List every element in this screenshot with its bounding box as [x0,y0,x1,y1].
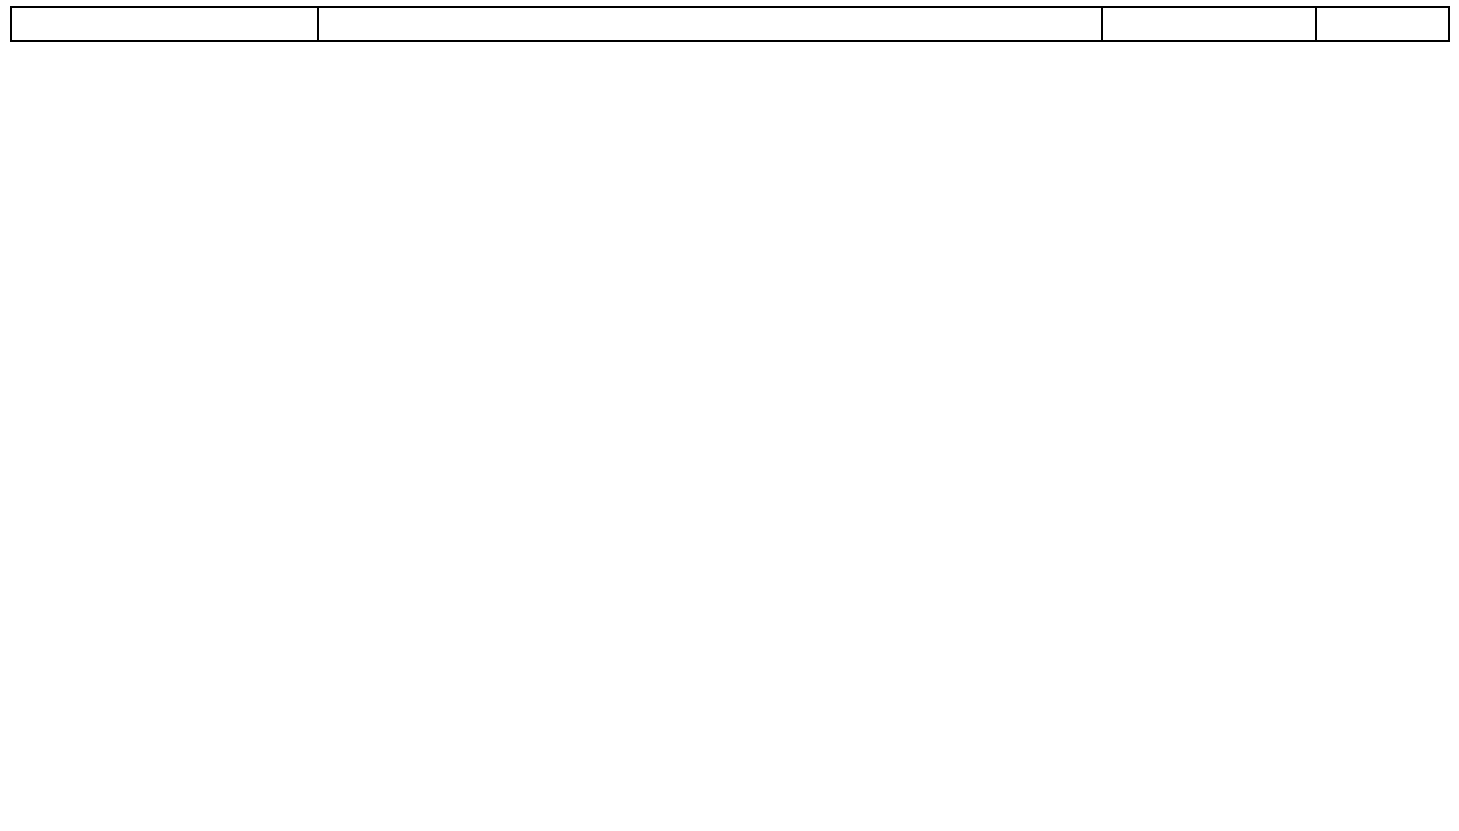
header-row [11,7,1449,41]
page: { "table": { "columns": ["学院", "项目名", "赛… [0,0,1459,831]
header-project-name [318,7,1102,41]
table-header [11,7,1449,41]
header-track [1102,7,1316,41]
header-college [11,7,318,41]
awards-table [10,6,1450,42]
header-award [1316,7,1449,41]
